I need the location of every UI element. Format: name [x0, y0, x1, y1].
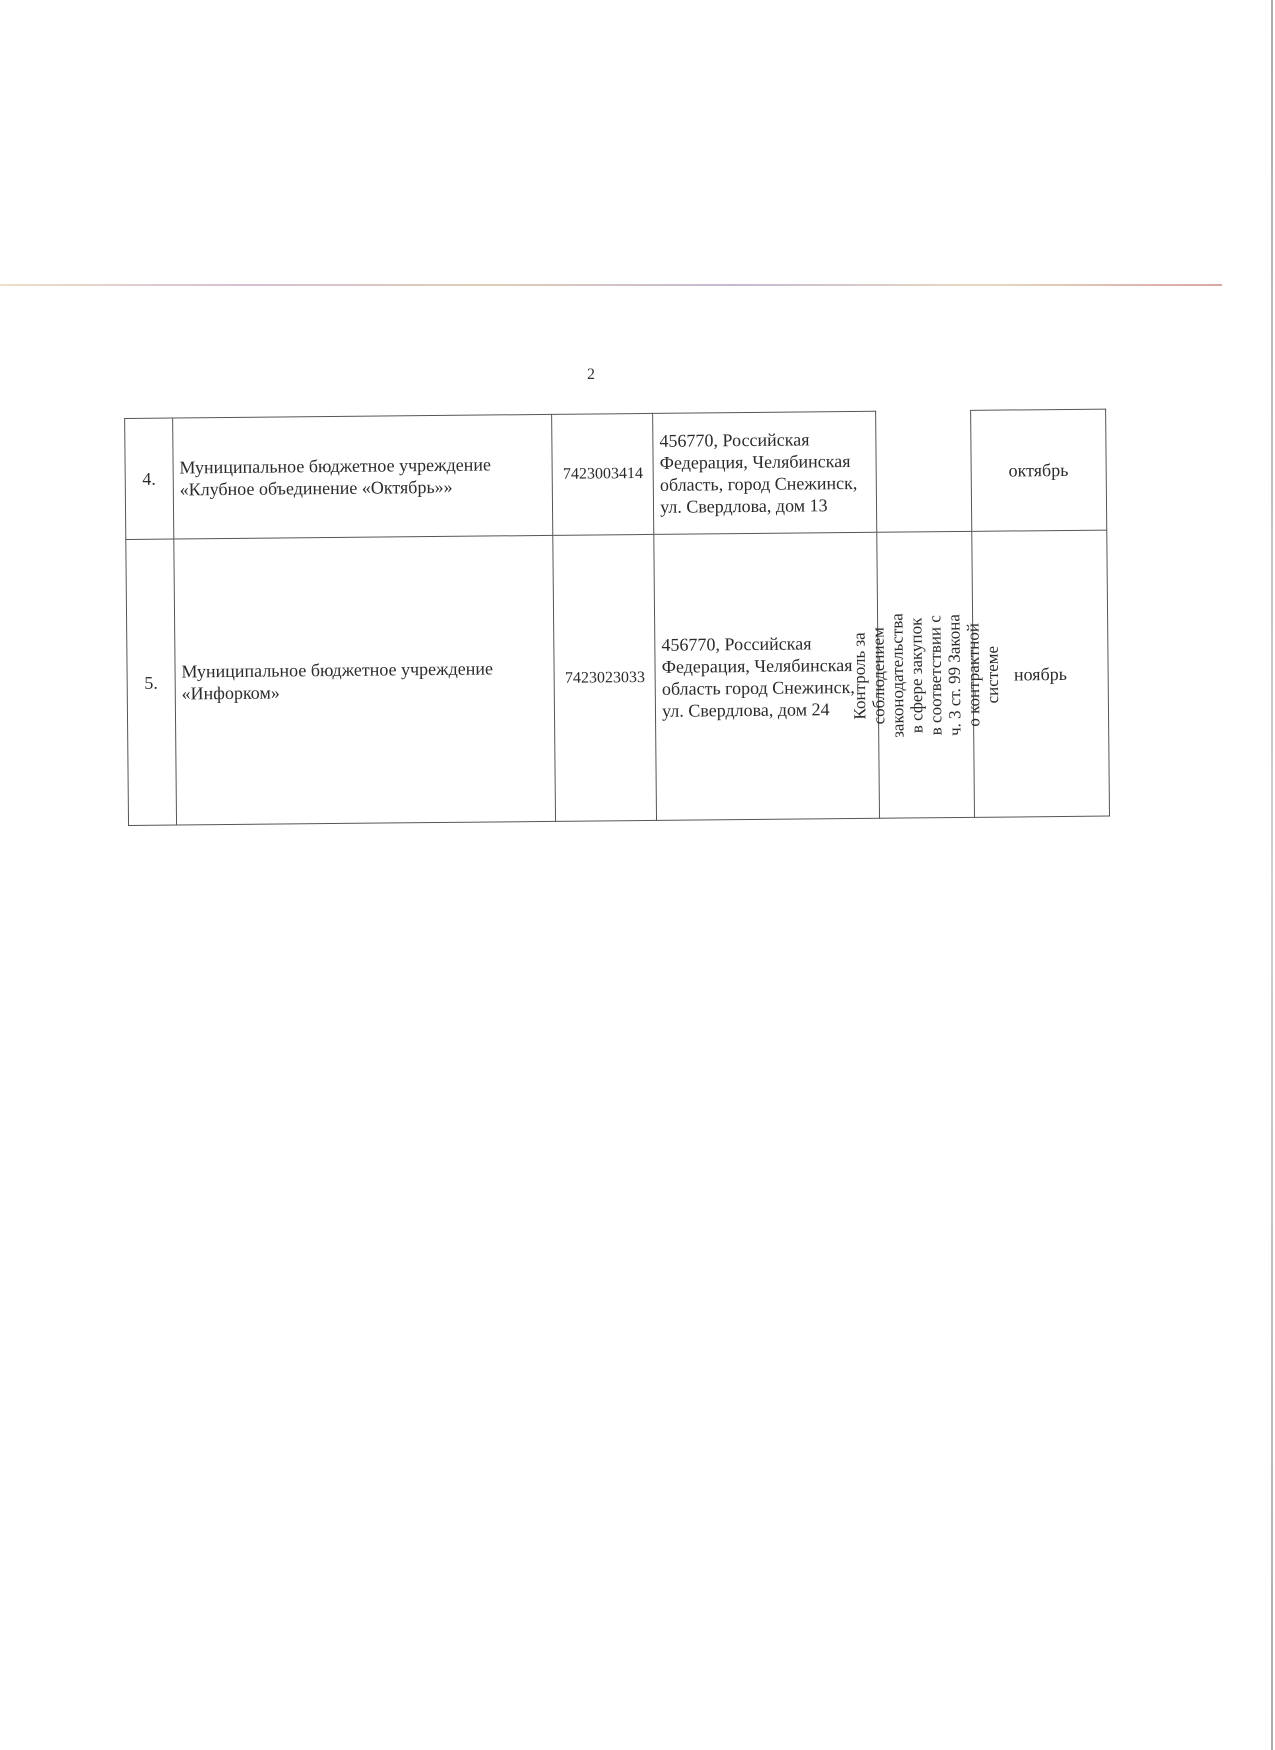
inspection-month: октябрь	[970, 409, 1107, 531]
scan-artifact-line	[0, 284, 1222, 286]
inspection-plan-table: 4. Муниципальное бюджетное учреждение «К…	[124, 409, 1110, 826]
control-type-cell: Контроль за соблюдением законодательства…	[877, 531, 974, 818]
inspection-plan-table-container: 4. Муниципальное бюджетное учреждение «К…	[124, 394, 1118, 829]
inn-value: 7423003414	[552, 413, 654, 535]
control-type-rotated: Контроль за соблюдением законодательства…	[877, 532, 973, 818]
control-type	[876, 410, 972, 532]
institution-name: Муниципальное бюджетное учреждение «Клуб…	[172, 414, 553, 539]
table-row: 5. Муниципальное бюджетное учреждение «И…	[126, 530, 1110, 825]
address: 456770, Российская Федерация, Челябинска…	[654, 532, 880, 820]
address: 456770, Российская Федерация, Челябинска…	[653, 411, 877, 534]
institution-name: Муниципальное бюджетное учреждение «Инфо…	[174, 535, 556, 825]
table-row: 4. Муниципальное бюджетное учреждение «К…	[125, 409, 1107, 539]
row-number: 5.	[126, 539, 177, 825]
row-number: 4.	[125, 418, 174, 539]
scan-page-edge	[1271, 0, 1273, 1750]
inn-value: 7423023033	[553, 534, 656, 821]
page-number: 2	[587, 366, 595, 384]
control-type: Контроль за соблюдением законодательства…	[849, 612, 1002, 738]
